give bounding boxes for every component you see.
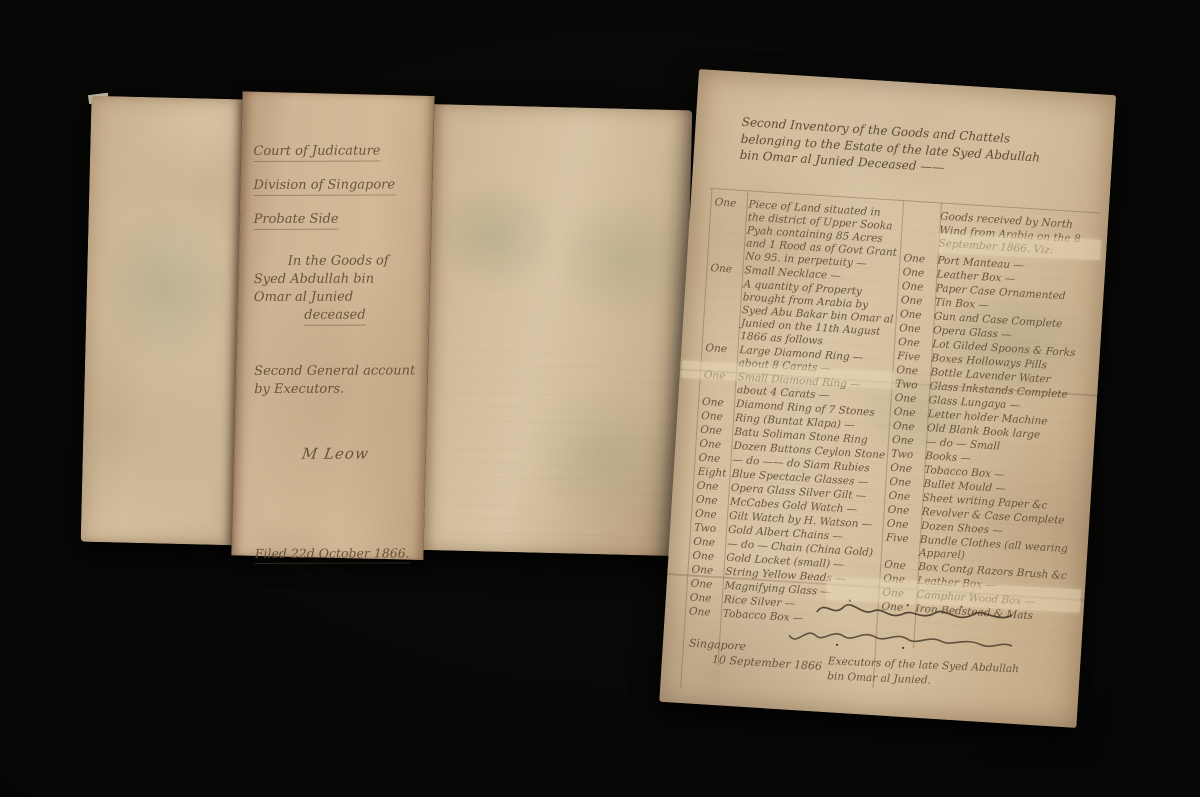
inventory-qty: One	[688, 577, 725, 592]
inventory-qty: One	[882, 558, 919, 573]
inventory-qty: One	[900, 266, 937, 281]
inventory-qty: One	[891, 405, 928, 420]
docket-probate-line: Probate Side	[254, 212, 339, 230]
right-document: Second Inventory of the Goods and Chatte…	[659, 69, 1116, 728]
inventory-desc: Piece of Land situated in the district o…	[745, 198, 901, 272]
docket-filed-line: Filed 22d October 1866.	[255, 545, 410, 564]
inventory-qty: One	[886, 489, 923, 504]
executors-block: Executors of the late Syed Abdullah bin …	[827, 654, 1019, 691]
show-through-ruling	[439, 350, 671, 543]
inventory-qty: One	[888, 461, 925, 476]
inventory-qty: One	[890, 433, 927, 448]
inventory-qty: One	[884, 517, 921, 532]
inventory-qty: One	[892, 391, 929, 406]
inventory-qty: One	[696, 452, 733, 467]
docket-court-line: Court of Judicature	[253, 144, 380, 162]
docket-account-line-2: by Executors.	[254, 381, 416, 398]
docket-division-line: Division of Singapore	[253, 177, 395, 195]
inventory-qty: One	[885, 503, 922, 518]
inventory-qty: One	[691, 535, 728, 550]
inventory-qty: One	[686, 605, 723, 620]
inventory-qty	[704, 276, 744, 343]
inventory-qty: One	[899, 280, 936, 295]
docket-name-line-1: Syed Abdullah bin	[254, 271, 416, 288]
inventory-qty: One	[694, 480, 731, 495]
inventory-qty: One	[887, 475, 924, 490]
left-doc-panel-1	[81, 96, 243, 546]
docket-signature: M Leow	[253, 445, 417, 462]
left-document: Court of Judicature Division of Singapor…	[81, 96, 693, 557]
inventory-qty: One	[901, 252, 938, 267]
inventory-column-left: One Piece of Land situated in the distri…	[686, 196, 900, 631]
inventory-qty: Five	[895, 349, 932, 364]
inventory-qty: One	[690, 549, 727, 564]
inventory-qty: One	[699, 410, 736, 425]
inventory-qty: One	[891, 419, 928, 434]
inventory-qty: One	[898, 294, 935, 309]
docket-in-goods-line: In the Goods of	[288, 253, 416, 269]
inventory-column-right: Goods received by North Wind from Arabia…	[879, 208, 1102, 626]
inventory-qty: One	[697, 438, 734, 453]
inventory-qty: One	[896, 335, 933, 350]
inventory-page: Second Inventory of the Goods and Chatte…	[659, 69, 1116, 728]
left-doc-docket-panel: Court of Judicature Division of Singapor…	[231, 91, 434, 559]
inventory-qty: Eight	[695, 466, 732, 481]
inventory-qty: Five	[883, 531, 921, 559]
inventory-qty: One	[693, 508, 730, 523]
inventory-qty: Two	[889, 447, 926, 462]
inventory-qty: One	[687, 591, 724, 606]
inventory-qty: One	[894, 363, 931, 378]
docket-name-line-2: Omar al Junied	[254, 289, 416, 306]
docket-account-line-1: Second General account	[254, 363, 416, 380]
photograph-background: Court of Judicature Division of Singapor…	[0, 0, 1200, 797]
inventory-row: A quantity of Property brought from Arab…	[704, 276, 896, 353]
left-doc-panel-3	[424, 104, 693, 556]
inventory-qty: One	[709, 196, 749, 263]
inventory-column-right-entries: One Port Manteau — One Leather Box — One…	[879, 252, 1099, 626]
inventory-title: Second Inventory of the Goods and Chatte…	[739, 114, 1097, 186]
inventory-qty: One	[698, 424, 735, 439]
inventory-qty: One	[694, 494, 731, 509]
docket-deceased-line: deceased	[304, 308, 365, 326]
inventory-qty: One	[898, 307, 935, 322]
inventory-qty: Two	[692, 521, 729, 536]
inventory-desc: A quantity of Property brought from Arab…	[740, 278, 896, 352]
inventory-qty: One	[897, 321, 934, 336]
docket-text: Court of Judicature Division of Singapor…	[237, 93, 429, 557]
inventory-qty: One	[700, 396, 737, 411]
inventory-qty: One	[708, 262, 745, 277]
inventory-row: One Piece of Land situated in the distri…	[709, 196, 901, 273]
